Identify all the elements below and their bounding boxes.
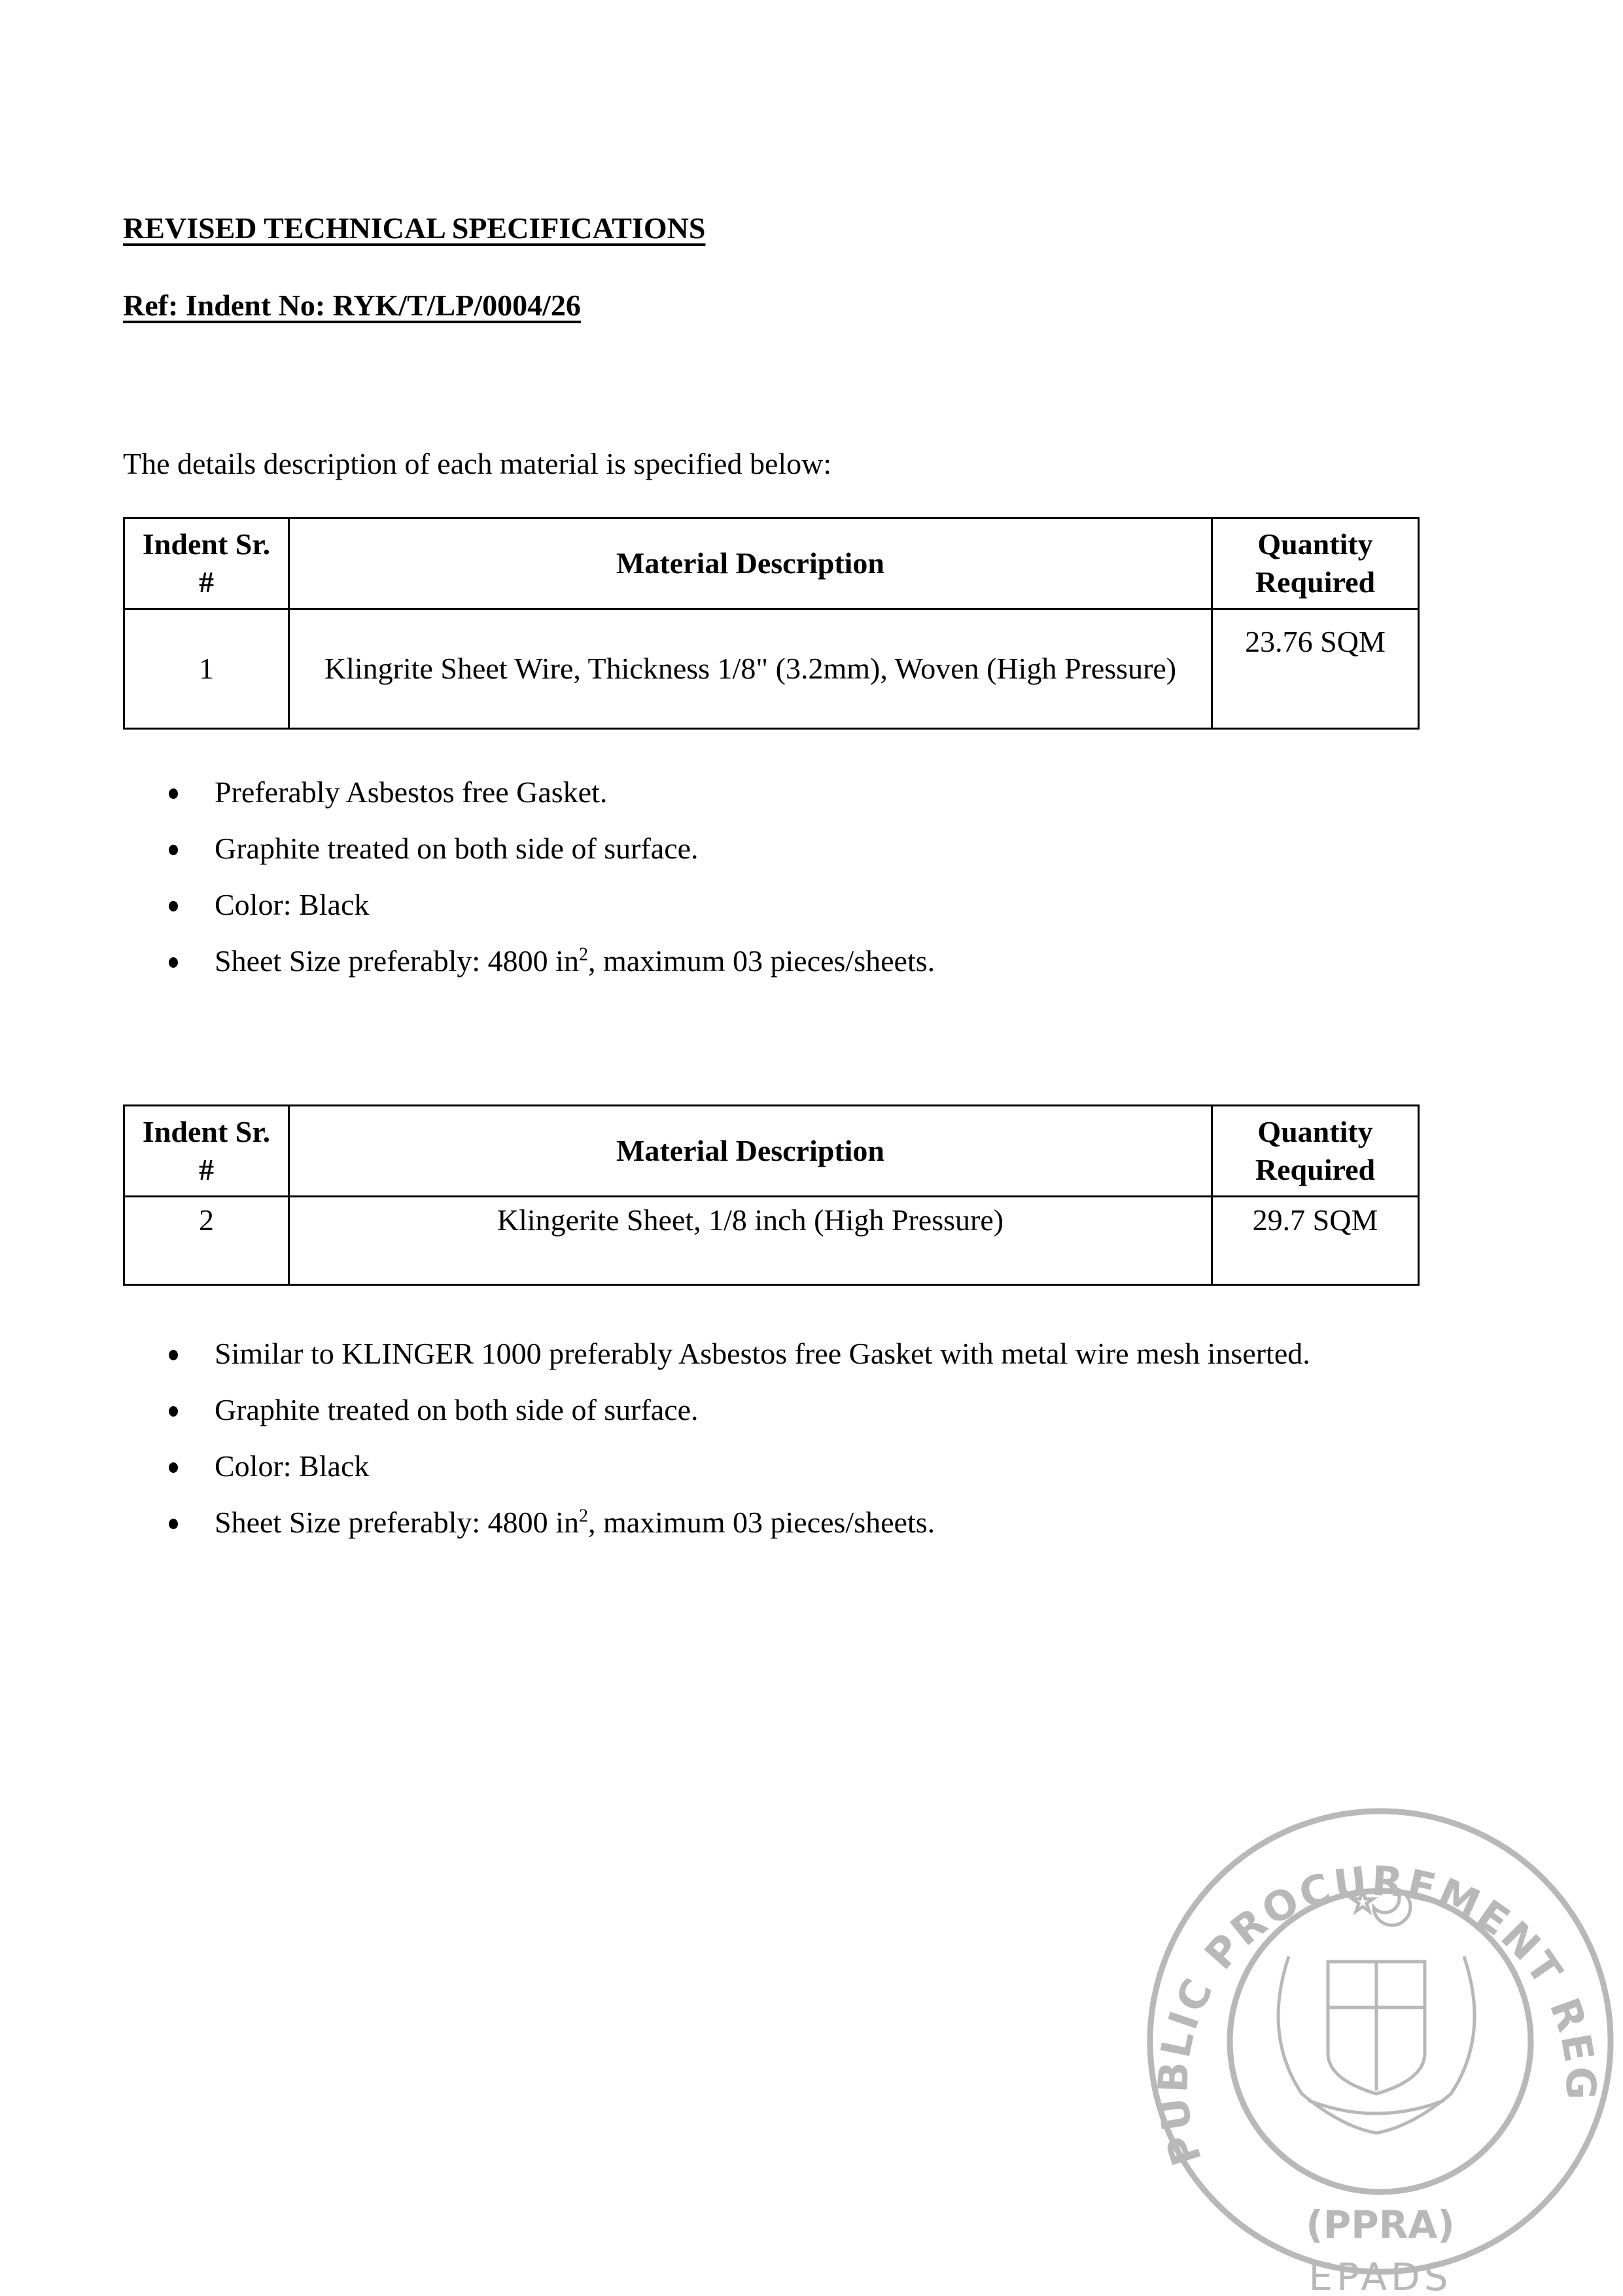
bullet-icon <box>169 788 178 799</box>
document-title: REVISED TECHNICAL SPECIFICATIONS <box>123 211 705 245</box>
table-header-row: Indent Sr. # Material Description Quanti… <box>124 1106 1419 1197</box>
stamp-footer: EPADS <box>1308 2255 1452 2296</box>
table-header-row: Indent Sr. # Material Description Quanti… <box>124 518 1419 609</box>
item-2-notes: Similar to KLINGER 1000 preferably Asbes… <box>123 1326 1562 1551</box>
bullet-icon <box>169 957 178 968</box>
cell-quantity: 29.7 SQM <box>1212 1197 1419 1285</box>
cell-description: Klingrite Sheet Wire, Thickness 1/8" (3.… <box>289 609 1212 729</box>
bullet-icon <box>169 845 178 855</box>
material-table-2: Indent Sr. # Material Description Quanti… <box>123 1104 1420 1286</box>
header-description: Material Description <box>289 1106 1212 1197</box>
bullet-icon <box>169 901 178 911</box>
cell-sr: 1 <box>124 609 289 729</box>
list-item: Graphite treated on both side of surface… <box>123 821 1562 877</box>
ppra-stamp: PUBLIC PROCUREMENT REGULATORY AUTHORITY … <box>1138 1793 1622 2296</box>
material-table-1: Indent Sr. # Material Description Quanti… <box>123 517 1420 730</box>
table-row: 1 Klingrite Sheet Wire, Thickness 1/8" (… <box>124 609 1419 729</box>
stamp-abbreviation: (PPRA) <box>1306 2202 1455 2247</box>
list-item: Color: Black <box>123 877 1562 933</box>
list-item: Sheet Size preferably: 4800 in2, maximum… <box>123 933 1562 989</box>
header-quantity: Quantity Required <box>1212 518 1419 609</box>
bullet-icon <box>169 1350 178 1360</box>
list-item: Graphite treated on both side of surface… <box>123 1382 1562 1438</box>
indent-reference: Ref: Indent No: RYK/T/LP/0004/26 <box>123 288 581 323</box>
table-row: 2 Klingerite Sheet, 1/8 inch (High Press… <box>124 1197 1419 1285</box>
cell-quantity: 23.76 SQM <box>1212 609 1419 729</box>
bullet-icon <box>169 1406 178 1417</box>
list-item: Color: Black <box>123 1438 1562 1494</box>
intro-text: The details description of each material… <box>123 446 831 481</box>
state-emblem-icon <box>1278 1889 1475 2133</box>
header-quantity: Quantity Required <box>1212 1106 1419 1197</box>
cell-description: Klingerite Sheet, 1/8 inch (High Pressur… <box>289 1197 1212 1285</box>
header-description: Material Description <box>289 518 1212 609</box>
header-sr: Indent Sr. # <box>124 518 289 609</box>
bullet-icon <box>169 1519 178 1529</box>
header-sr: Indent Sr. # <box>124 1106 289 1197</box>
list-item: Preferably Asbestos free Gasket. <box>123 764 1562 821</box>
bullet-icon <box>169 1462 178 1473</box>
list-item: Sheet Size preferably: 4800 in2, maximum… <box>123 1494 1562 1551</box>
list-item: Similar to KLINGER 1000 preferably Asbes… <box>123 1326 1562 1382</box>
item-1-notes: Preferably Asbestos free Gasket. Graphit… <box>123 764 1562 989</box>
cell-sr: 2 <box>124 1197 289 1285</box>
